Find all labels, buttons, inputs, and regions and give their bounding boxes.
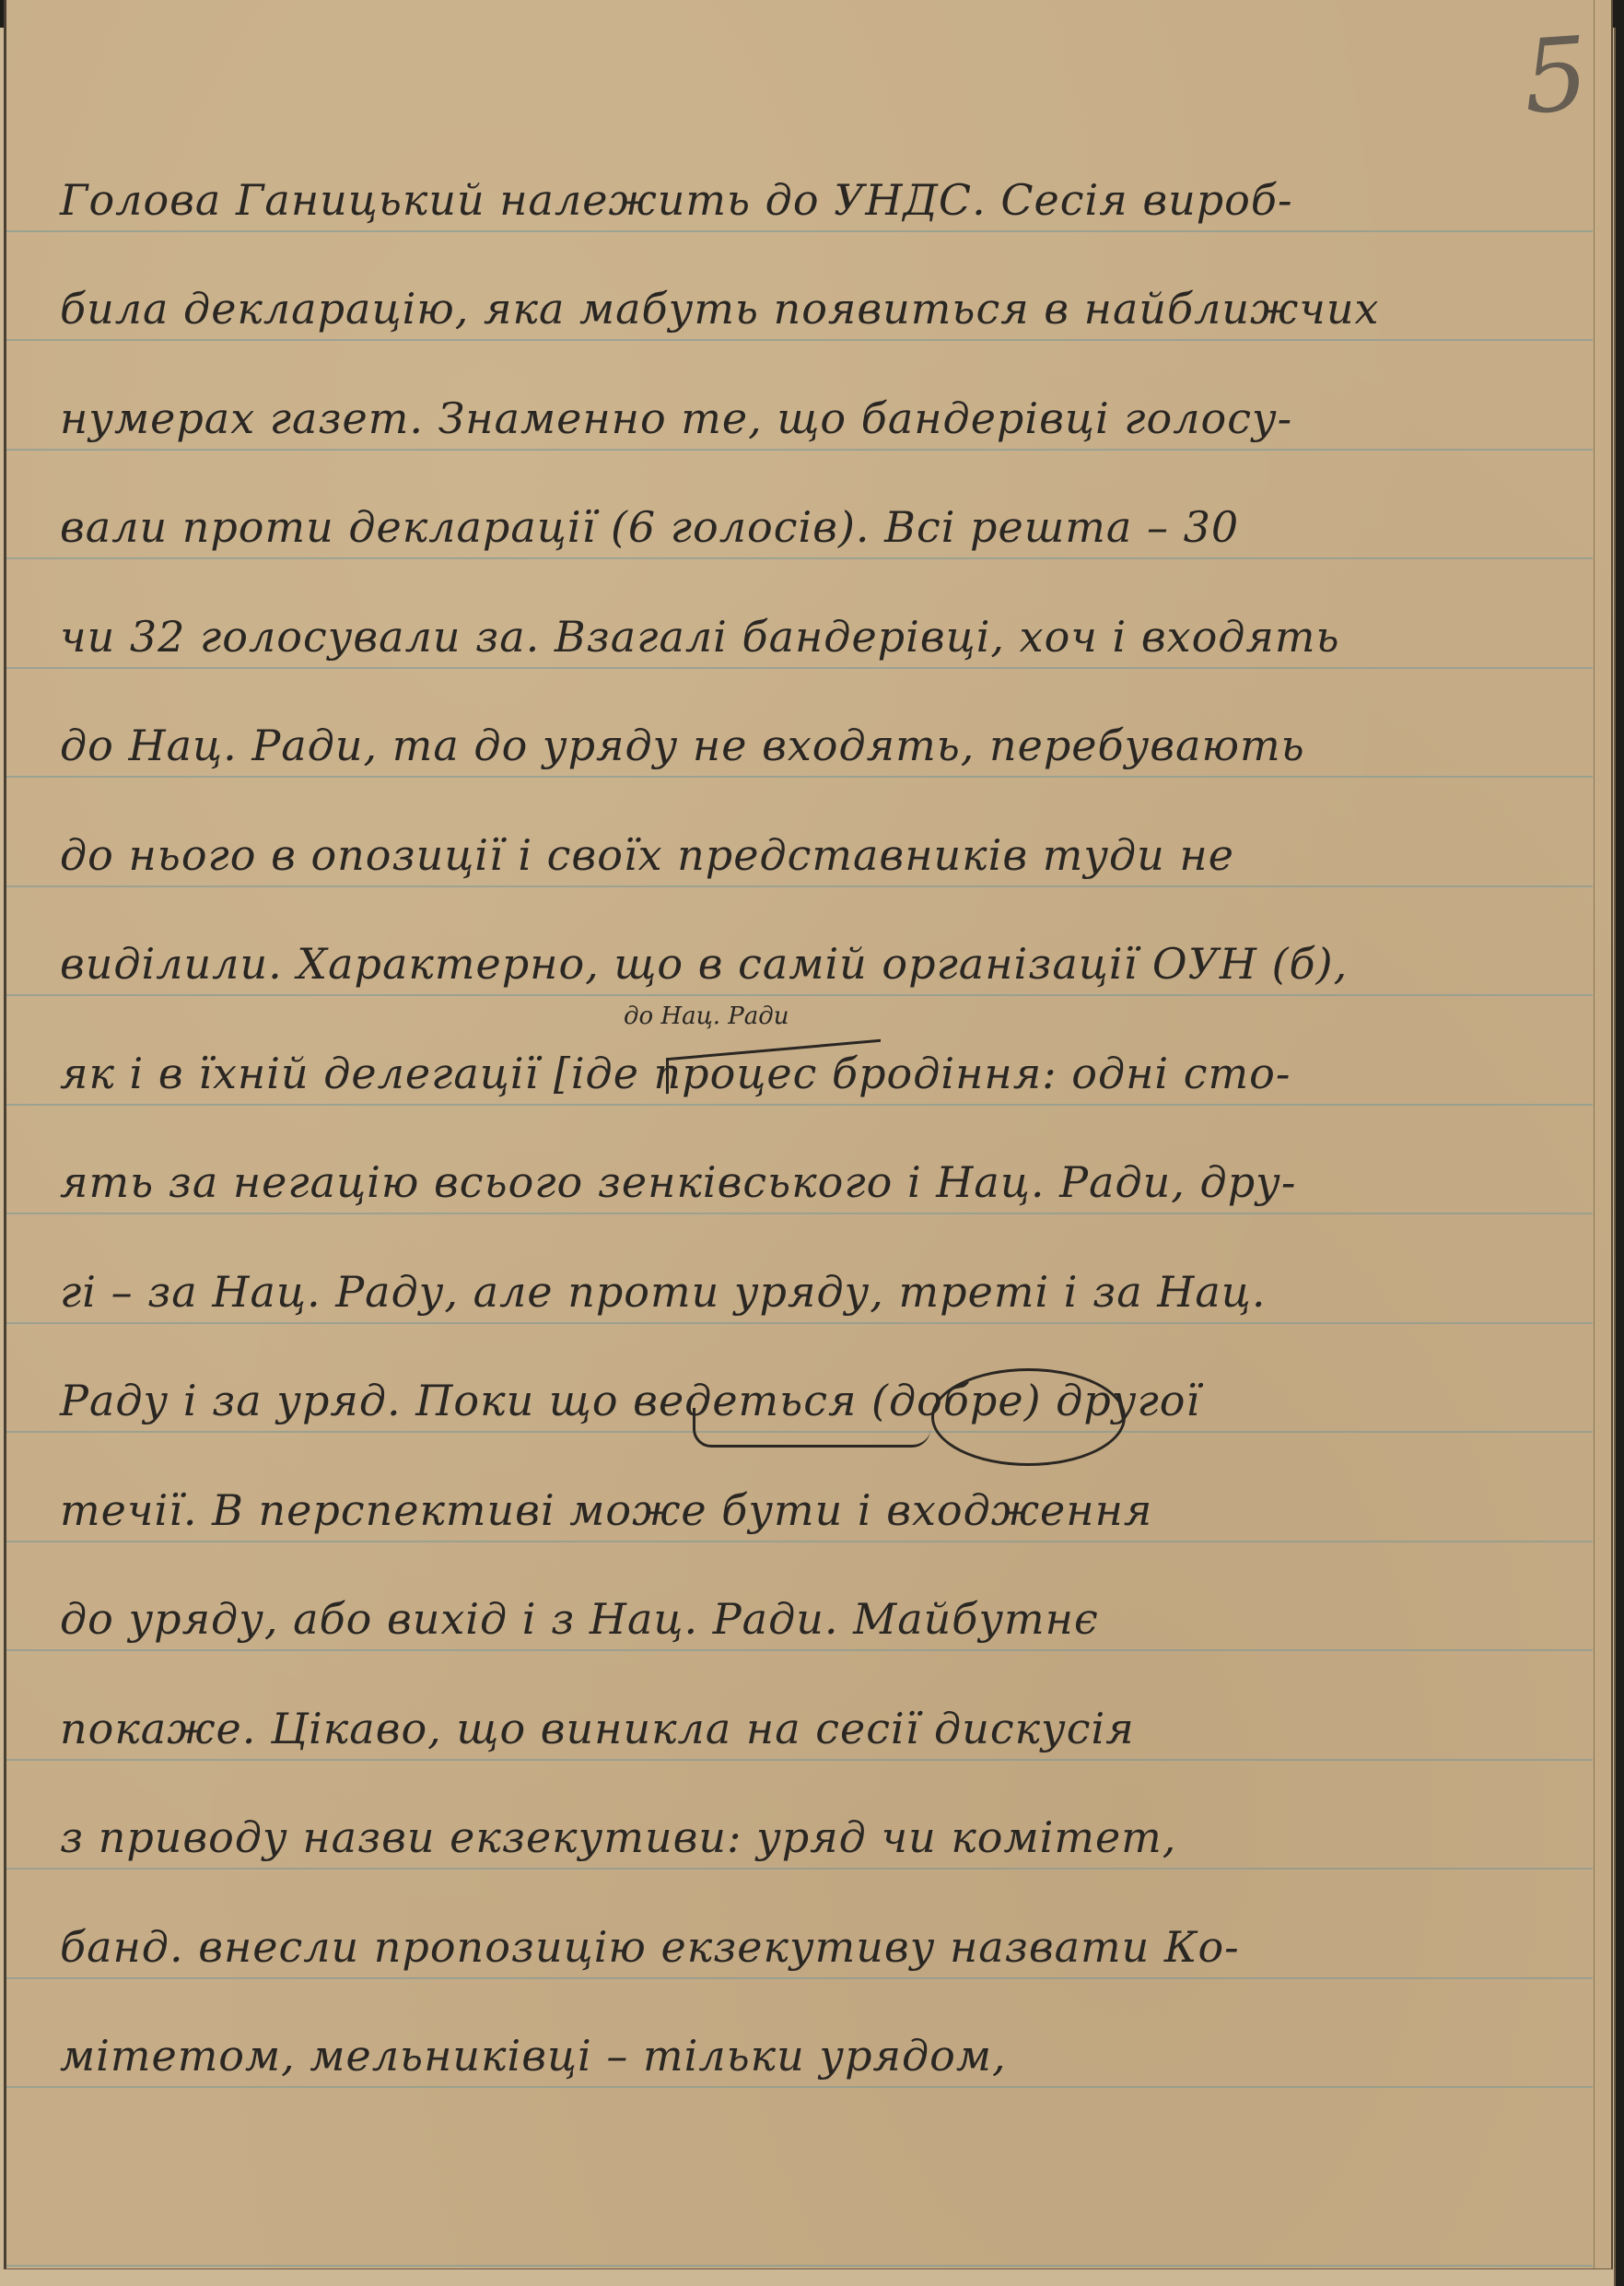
ruled-line [6,2086,1593,2088]
ruled-line [6,1649,1593,1651]
ruled-line [6,885,1593,887]
text-line: чи 32 голосували за. Взагалі бандерівці,… [60,612,1534,662]
text-line: до Нац. Ради, та до уряду не входять, пе… [60,721,1534,770]
text-line: течії. В перспективі може бути і входжен… [60,1485,1534,1535]
text-line: з приводу назви екзекутиви: уряд чи комі… [60,1812,1534,1862]
text-line: мітетом, мельниківці – тільки урядом, [60,2031,1534,2081]
text-line: банд. внесли пропозицію екзекутиву назва… [60,1922,1534,1972]
underline-annotation [693,1408,930,1448]
ruled-line [6,1104,1593,1106]
ruled-line [6,1322,1593,1324]
ruled-line [6,2265,1593,2267]
text-line: вали проти декларації (6 голосів). Всі р… [60,502,1534,552]
ruled-line [6,667,1593,669]
ruled-line [6,449,1593,451]
ruled-line [6,230,1593,232]
text-line: гі – за Нац. Раду, але проти уряду, трет… [60,1267,1534,1317]
interlinear-insertion: до Нац. Ради [624,1002,789,1030]
ruled-line [6,1213,1593,1214]
text-line: покаже. Цікаво, що виникла на сесії диск… [60,1704,1534,1753]
ruled-line [6,994,1593,996]
ruled-line [6,1977,1593,1979]
text-line: до уряду, або вихід і з Нац. Ради. Майбу… [60,1594,1534,1644]
text-line: нумерах газет. Знаменно те, що бандерівц… [60,393,1534,443]
circle-annotation [931,1368,1126,1466]
text-line: била декларацію, яка мабуть появиться в … [60,284,1534,334]
ruled-line [6,1759,1593,1761]
text-line: Голова Ганицький належить до УНДС. Сесія… [60,175,1534,225]
text-line: як і в їхній делегації [іде процес броді… [60,1049,1534,1098]
text-line: виділили. Характерно, що в самій організ… [60,939,1534,989]
ruled-line [6,1541,1593,1542]
ruled-line [6,557,1593,559]
handwritten-page: 5 Голова Ганицький належить до УНДС. Сес… [4,0,1613,2269]
ruled-line [6,776,1593,778]
text-line: до нього в опозиції і своїх представникі… [60,830,1534,880]
text-line: ять за негацію всього зенківського і Нац… [60,1157,1534,1207]
ruled-line [6,1868,1593,1870]
ruled-line [6,339,1593,341]
page-number: 5 [1520,15,1593,137]
